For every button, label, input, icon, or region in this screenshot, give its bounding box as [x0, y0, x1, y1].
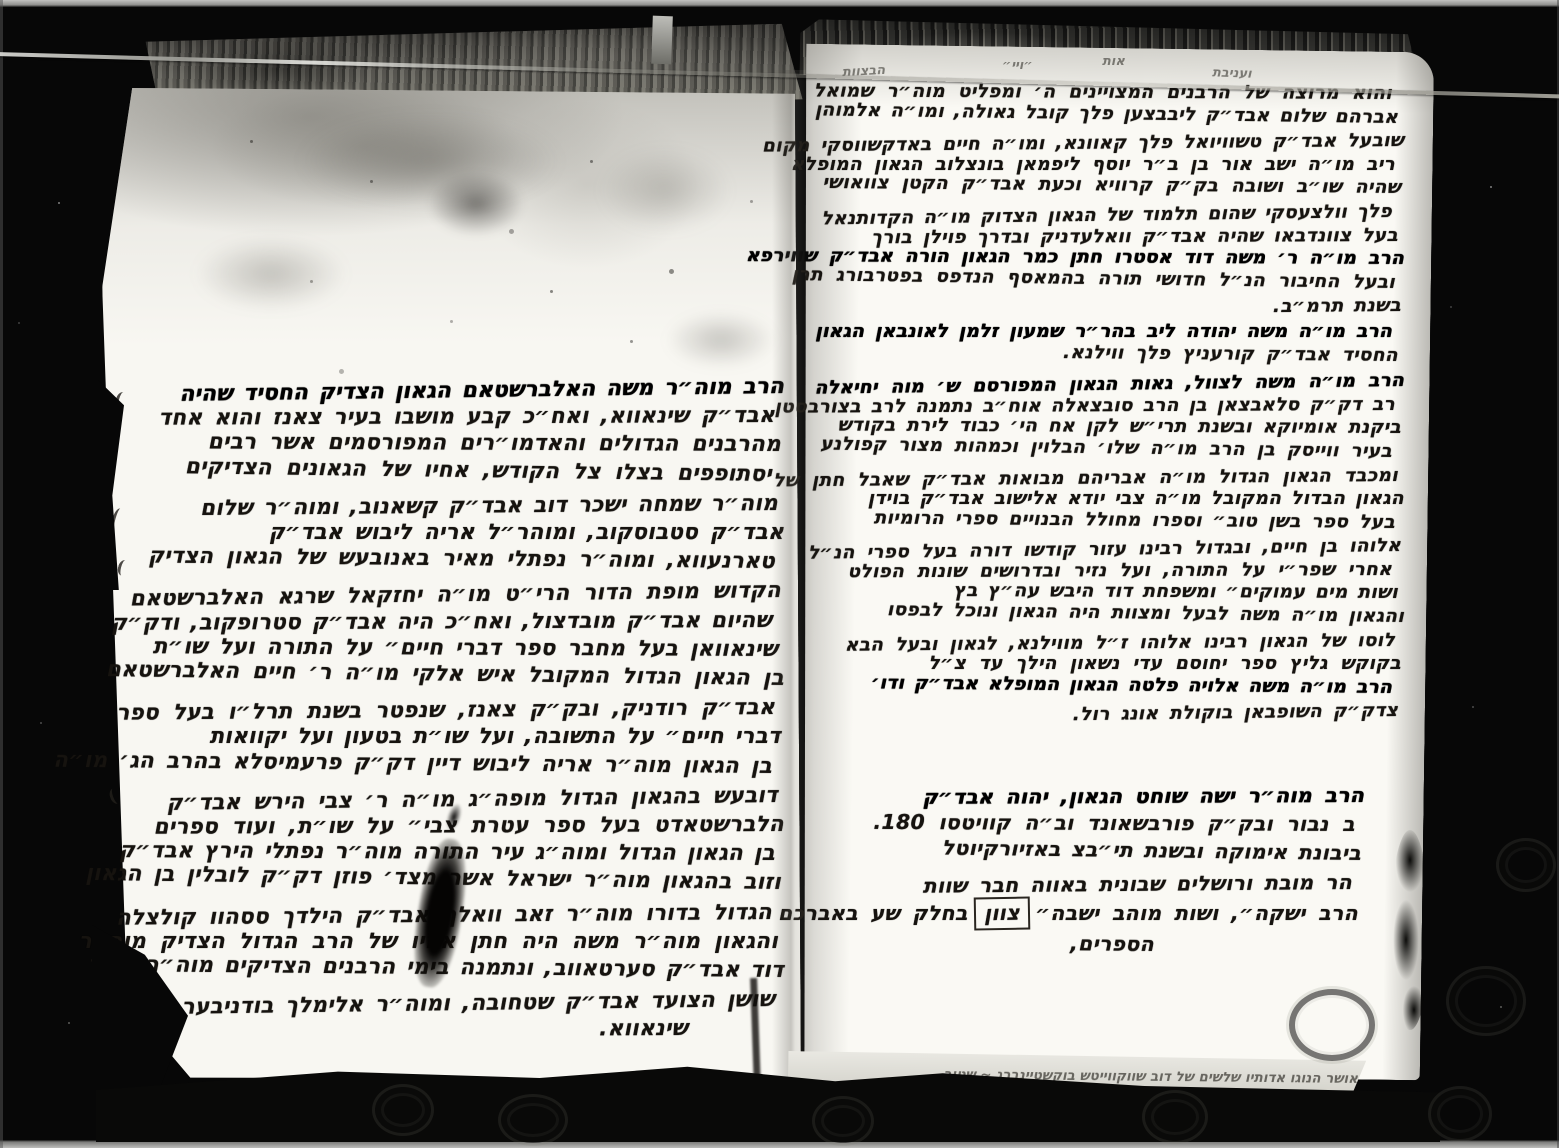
stain-speckles [250, 140, 253, 143]
bolt-ring [372, 1084, 434, 1136]
dust-specks [58, 202, 60, 204]
scan-edge-left [0, 0, 3, 1148]
bolt-ring [1428, 1086, 1492, 1142]
handwriting-line: טארנעווא, ומוה״ר נפתלי מאיר באנובעש של ה… [128, 542, 775, 577]
handwriting-line: שהיה שו״ב ושובה בק״ק קרוויא וכעת אבד״ק ה… [812, 171, 1401, 200]
bolt-ring [1286, 986, 1378, 1064]
bolt-ring [1496, 838, 1556, 892]
handwriting-line: דוד אבד״ק סערטאווב, ונתמנה בימי הרבנים ה… [128, 950, 784, 985]
handwriting-line: ביבונת אימוקה ובשנת תי״בצ באזיורקיוטל [812, 832, 1361, 868]
bolt-ring [1446, 966, 1526, 1036]
manuscript-scan: הרב מוה״ר משה האלברשטאם הגאון הצדיק החסי… [0, 0, 1559, 1148]
handwriting-line: החסיד אבד״ק קורעניץ פלך ווילנא. [812, 338, 1398, 367]
boxed-word: צוון [973, 897, 1029, 931]
handwriting-line-last-word: שינאווא. [128, 1014, 688, 1046]
handwriting-line: צדק״ק השופבאן בוקולת אונג רול. [812, 699, 1398, 730]
right-page-text-block: והוא מרוצה של הרבנים המצויינים ה׳ ומפליט… [812, 82, 1406, 959]
handwriting-line-with-box: הרב ישקה״, ושות מוהב ישבה״צווןבחלק שע בא… [812, 897, 1358, 930]
handwriting-line: הרב מו״ה משה אלויה פלטה הגאון המופלא אבד… [812, 671, 1392, 700]
header-scribble: אות [1102, 54, 1125, 69]
boxed-line-pre: הרב ישקה״, ושות מוהב ישבה״ [1035, 901, 1358, 925]
book-gutter [772, 70, 814, 1080]
dust-specks [1490, 186, 1492, 188]
right-page-paragraph-4: הרב מוה״ר ישה שוחט הגאון, יהוה אבד״ק ב נ… [812, 781, 1364, 959]
header-scribble: ועניבת [1212, 65, 1252, 81]
left-page-text-block: הרב מוה״ר משה האלברשטאם הגאון הצדיק החסי… [128, 372, 784, 1044]
bolt-ring [1142, 1090, 1208, 1144]
page-tab [651, 16, 673, 65]
handwriting-line-last-word: הספרים, [812, 927, 1154, 959]
bolt-ring [812, 1096, 874, 1146]
scan-edge-top [0, 0, 1559, 7]
handwriting-line: בן הגאון מוה״ר אריה ליבוש דיין דק״ק פרעמ… [128, 746, 772, 781]
handwriting-line: בעל ספר בשן טוב״ וספרו מחולל הבנויים ספר… [812, 506, 1395, 535]
header-scribble: ״ויי״ [1002, 58, 1033, 73]
bolt-ring [498, 1094, 568, 1146]
